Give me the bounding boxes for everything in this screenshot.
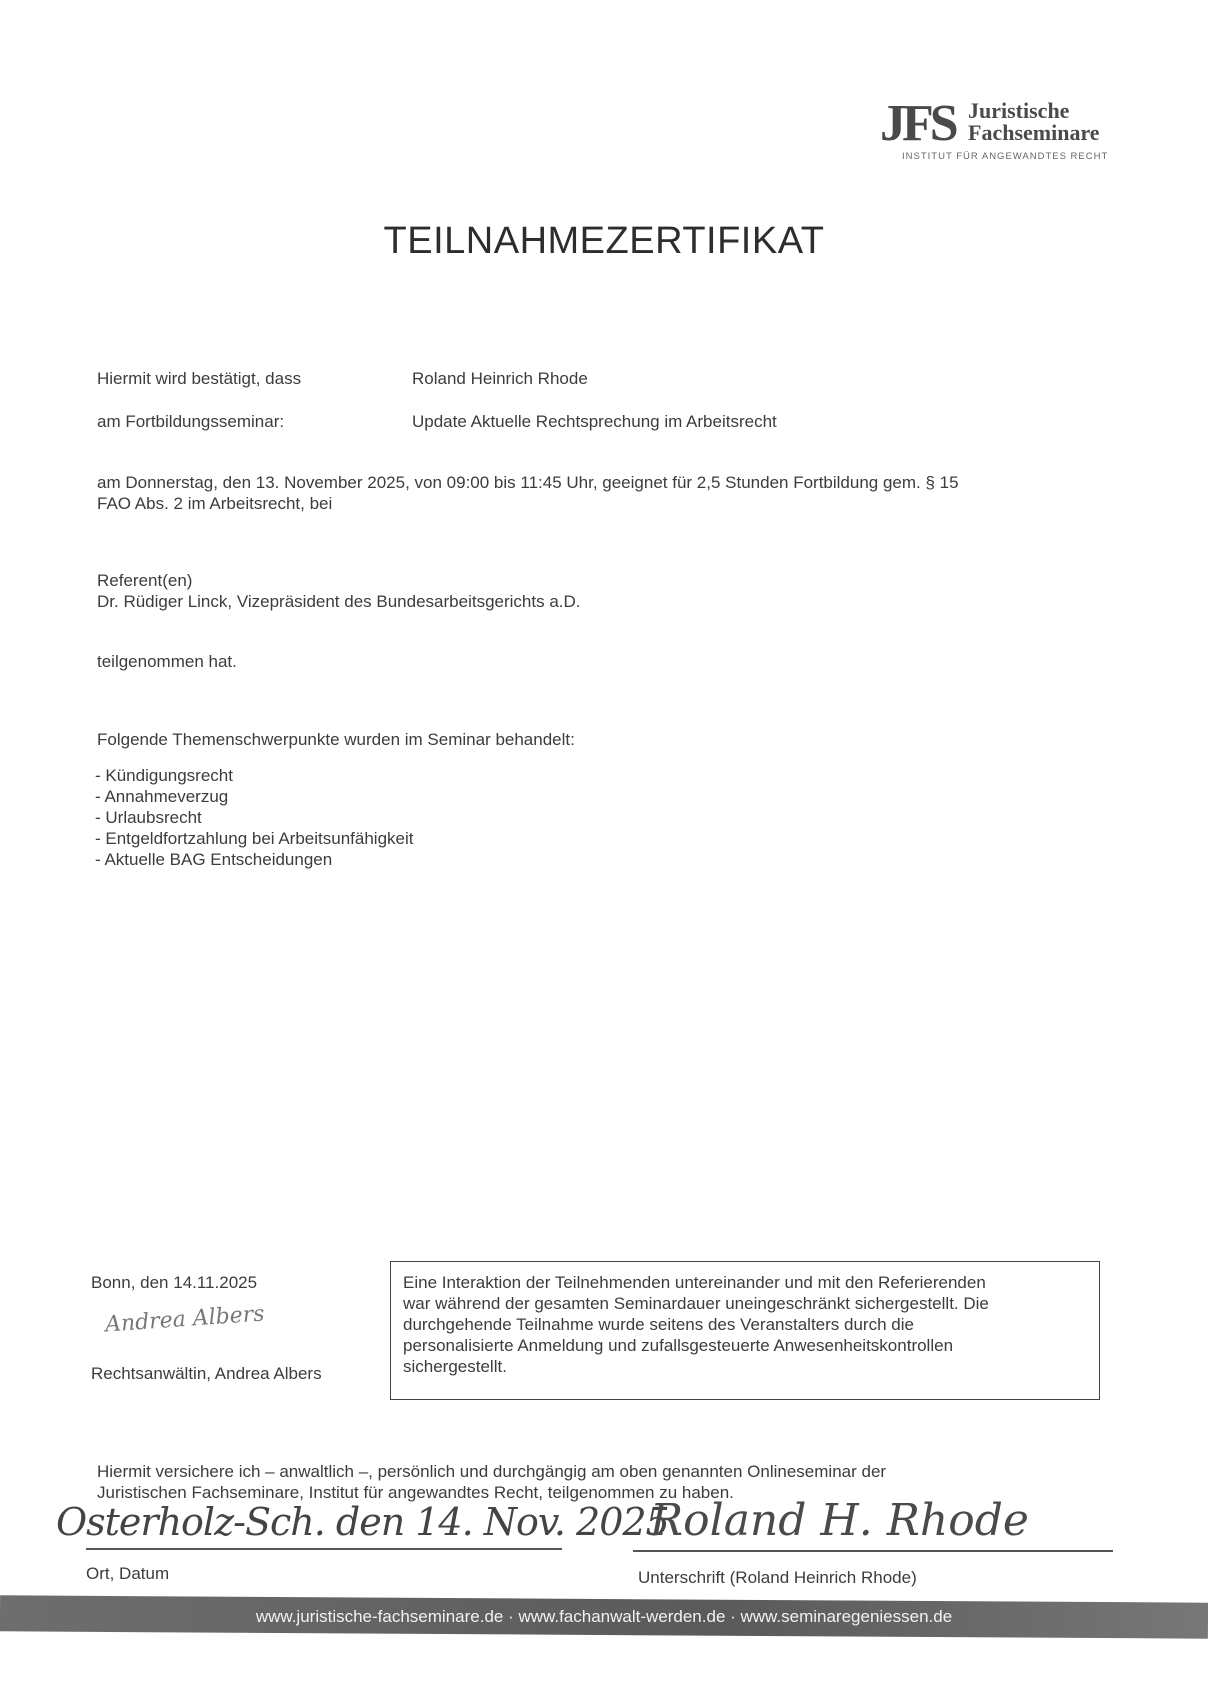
logo-name-line2: Fachseminare [968,122,1100,144]
topic-item: - Urlaubsrecht [95,807,413,828]
attendance-notice-box: Eine Interaktion der Teilnehmenden unter… [390,1261,1100,1400]
date-paragraph-line1: am Donnerstag, den 13. November 2025, vo… [97,472,1117,493]
speaker-block: Referent(en) Dr. Rüdiger Linck, Vizepräs… [97,570,1117,612]
logo-name-line1: Juristische [968,100,1100,122]
logo-name: Juristische Fachseminare [968,100,1100,144]
notice-line: durchgehende Teilnahme wurde seitens des… [403,1314,1087,1335]
document-title: TEILNAHMEZERTIFIKAT [0,218,1208,264]
confirm-label: Hiermit wird bestätigt, dass [97,368,301,389]
participant-signature: Roland H. Rhode [650,1496,1029,1546]
signature-label: Unterschrift (Roland Heinrich Rhode) [638,1567,917,1588]
participated-text: teilgenommen hat. [97,651,1117,672]
topic-item: - Aktuelle BAG Entscheidungen [95,849,413,870]
notice-line: Eine Interaktion der Teilnehmenden unter… [403,1272,1087,1293]
topics-intro: Folgende Themenschwerpunkte wurden im Se… [97,729,1117,750]
place-date-label: Ort, Datum [86,1563,169,1584]
date-paragraph-line2: FAO Abs. 2 im Arbeitsrecht, bei [97,493,1117,514]
speaker-name: Dr. Rüdiger Linck, Vizepräsident des Bun… [97,591,1117,612]
notice-line: sichergestellt. [403,1356,1087,1377]
topic-item: - Entgeldfortzahlung bei Arbeitsunfähigk… [95,828,413,849]
handwritten-place-date: Osterholz-Sch. den 14. Nov. 2025 [56,1500,669,1544]
topic-item: - Annahmeverzug [95,786,413,807]
place-date-line [86,1548,562,1550]
notice-line: war während der gesamten Seminardauer un… [403,1293,1087,1314]
notice-line: personalisierte Anmeldung und zufallsges… [403,1335,1087,1356]
speaker-label: Referent(en) [97,570,1117,591]
issuer-signature: Andrea Albers [104,1301,265,1337]
issuer-role-name: Rechtsanwältin, Andrea Albers [91,1363,322,1384]
jfs-logo: JFS Juristische Fachseminare INSTITUT FÜ… [880,98,1120,168]
seminar-label: am Fortbildungsseminar: [97,411,284,432]
logo-subtitle: INSTITUT FÜR ANGEWANDTES RECHT [902,151,1108,162]
signature-line [633,1550,1113,1552]
participant-name: Roland Heinrich Rhode [412,368,588,389]
seminar-title: Update Aktuelle Rechtsprechung im Arbeit… [412,411,777,432]
topic-item: - Kündigungsrecht [95,765,413,786]
issuer-place-date: Bonn, den 14.11.2025 [91,1272,257,1293]
date-paragraph: am Donnerstag, den 13. November 2025, vo… [97,472,1117,514]
topics-list: - Kündigungsrecht - Annahmeverzug - Urla… [95,765,413,870]
declaration-line1: Hiermit versichere ich – anwaltlich –, p… [97,1461,1117,1482]
logo-mark: JFS [880,98,955,150]
footer-links: www.juristische-fachseminare.de · www.fa… [0,1607,1208,1627]
